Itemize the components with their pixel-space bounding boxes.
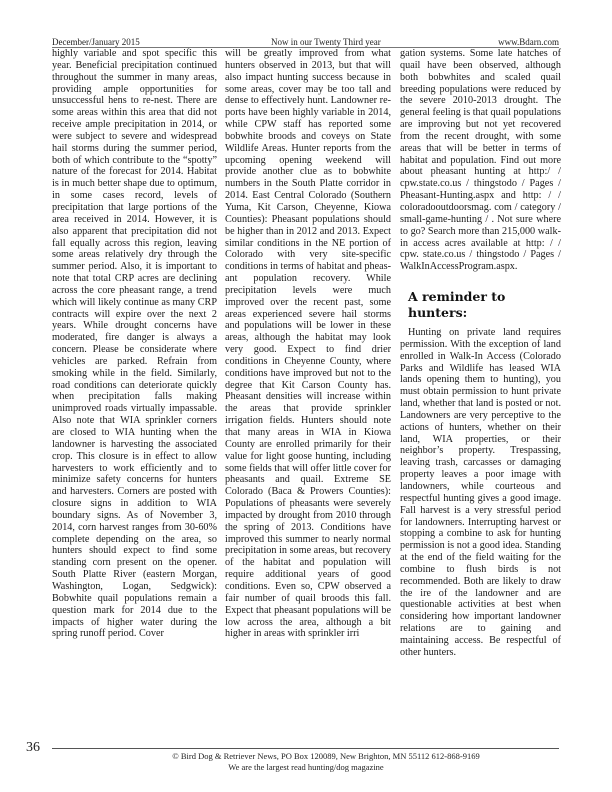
footer-slogan: We are the largest read hunting/dog maga… bbox=[0, 762, 612, 773]
article-column-2: will be greatly improved from what hunte… bbox=[225, 48, 391, 640]
footer-copyright: © Bird Dog & Retriever News, PO Box 1200… bbox=[20, 751, 612, 762]
article-text-column-3: gation systems. Some late hatches of qua… bbox=[400, 48, 561, 273]
article-column-1: highly variable and spot specific this y… bbox=[52, 48, 217, 640]
section-body: Hunting on private land requires permiss… bbox=[400, 327, 561, 659]
article-column-3: gation systems. Some late hatches of qua… bbox=[400, 48, 561, 659]
section-spacer bbox=[400, 273, 561, 289]
article-text-column-2: will be greatly improved from what hunte… bbox=[225, 48, 391, 640]
section-heading: A reminder to hunters: bbox=[408, 289, 561, 321]
article-text-column-1: highly variable and spot specific this y… bbox=[52, 48, 217, 640]
footer-rule bbox=[52, 748, 559, 749]
